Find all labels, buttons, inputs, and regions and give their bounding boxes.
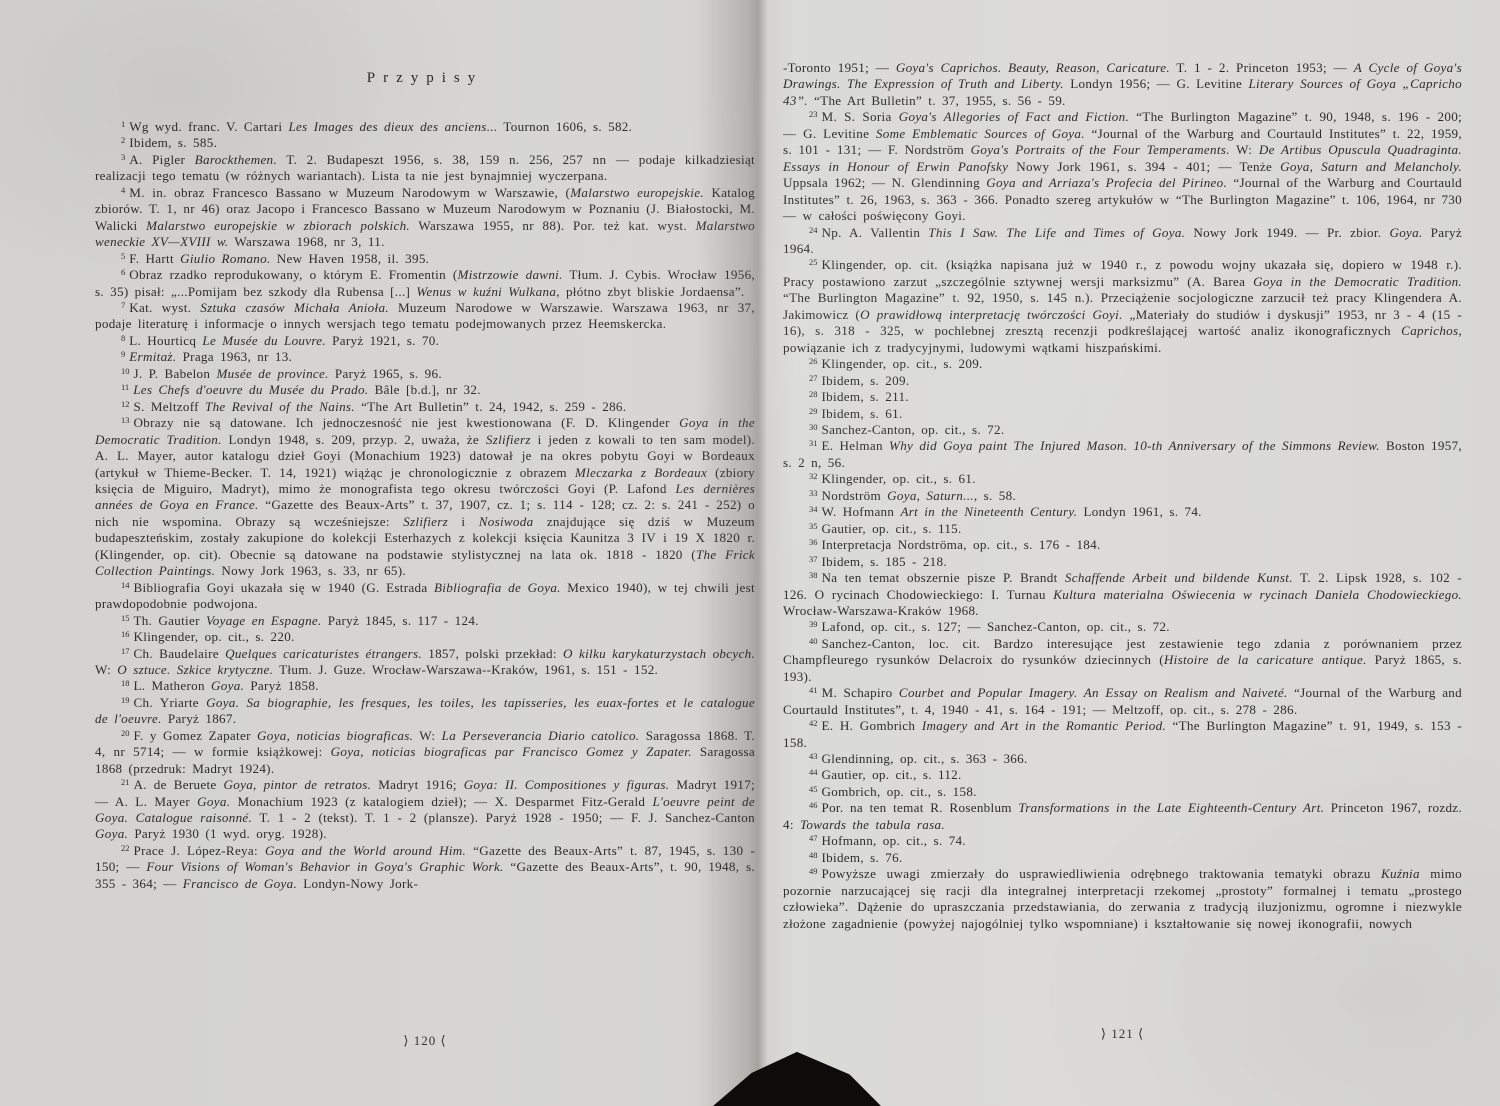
note-text: Ibidem, s. 209. <box>822 373 910 388</box>
note-text: W: <box>413 728 441 743</box>
footnote-body: Np. A. Vallentin This I Saw. The Life an… <box>783 225 1462 256</box>
cited-title: Ermitaż. <box>129 349 176 364</box>
cited-title: Caprichos <box>1401 323 1458 338</box>
cited-title: Barockthemen. <box>195 152 277 167</box>
cited-title: Goya, noticias biograficas par Francisco… <box>331 744 692 759</box>
note-text: Warszawa 1955, nr 88). Por. też kat. wys… <box>410 218 696 233</box>
footnote-body: Ibidem, s. 209. <box>822 373 910 388</box>
cited-title: Some Emblematic Sources of Goya. <box>876 126 1085 141</box>
cited-title: Wenus w kuźni Wulkana <box>416 284 556 299</box>
footnote: 10J. P. Babelon Musée de province. Paryż… <box>95 366 755 382</box>
footnote-number: 25 <box>809 257 818 267</box>
footnote: 24Np. A. Vallentin This I Saw. The Life … <box>783 225 1462 258</box>
footnote: 13Obrazy nie są datowane. Ich jednoczesn… <box>95 415 755 580</box>
footnote: 31E. Helman Why did Goya paint The Injur… <box>783 438 1462 471</box>
footnote-body: E. Helman Why did Goya paint The Injured… <box>783 438 1462 469</box>
footnote-number: 21 <box>121 777 130 787</box>
footnote-body: F. y Gomez Zapater Goya, noticias biogra… <box>95 728 755 776</box>
footnote: 6Obraz rzadko reprodukowany, o którym E.… <box>95 267 755 300</box>
footnote-number: 43 <box>809 751 818 761</box>
footnote-number: 23 <box>809 109 818 119</box>
footnote: 7Kat. wyst. Sztuka czasów Michała Anioła… <box>95 300 755 333</box>
footnote-number: 5 <box>121 251 125 261</box>
footnote-number: 18 <box>121 678 130 688</box>
footnote: 48Ibidem, s. 76. <box>783 850 1462 866</box>
footnote-body: A. de Beruete Goya, pintor de retratos. … <box>95 777 755 841</box>
footnote-number: 28 <box>809 389 818 399</box>
note-text: Ibidem, s. 76. <box>822 850 903 865</box>
footnote: 40Sanchez-Canton, loc. cit. Bardzo inter… <box>783 636 1462 685</box>
left-page: Przypisy 1Wg wyd. franc. V. Cartari Les … <box>95 70 755 892</box>
footnote-body: Lafond, op. cit., s. 127; — Sanchez-Cant… <box>822 619 1170 634</box>
note-text: Londyn-Nowy Jork- <box>297 876 418 891</box>
cited-title: Goya. <box>1389 225 1422 240</box>
footnote: 21A. de Beruete Goya, pintor de retratos… <box>95 777 755 843</box>
note-text: Gautier, op. cit., s. 115. <box>822 521 962 536</box>
note-text: Paryż 1930 (1 wyd. oryg. 1928). <box>128 826 327 841</box>
footnote: 41M. Schapiro Courbet and Popular Imager… <box>783 685 1462 718</box>
footnote-number: 37 <box>809 554 818 564</box>
cited-title: Goya and the World around Him. <box>265 843 466 858</box>
note-text: Glendinning, op. cit., s. 363 - 366. <box>822 751 1028 766</box>
footnote-body: W. Hofmann Art in the Nineteenth Century… <box>822 504 1202 519</box>
footnote-number: 6 <box>121 267 125 277</box>
footnote-number: 2 <box>121 135 125 145</box>
footnote-body: Gautier, op. cit., s. 112. <box>822 767 962 782</box>
footnote-body: Ermitaż. Praga 1963, nr 13. <box>129 349 292 364</box>
footnote: 16Klingender, op. cit., s. 220. <box>95 629 755 645</box>
note-text: Praga 1963, nr 13. <box>176 349 292 364</box>
footnote-body: E. H. Gombrich Imagery and Art in the Ro… <box>783 718 1462 749</box>
note-text: i <box>448 514 479 529</box>
footnote: 15Th. Gautier Voyage en Espagne. Paryż 1… <box>95 613 755 629</box>
footnote: 38Na ten temat obszernie pisze P. Brandt… <box>783 570 1462 619</box>
footnote: 1Wg wyd. franc. V. Cartari Les Images de… <box>95 119 755 135</box>
footnote-body: Interpretacja Nordströma, op. cit., s. 1… <box>822 537 1101 552</box>
note-text: Tournon 1606, s. 582. <box>497 119 632 134</box>
footnote: 46Por. na ten temat R. Rosenblum Transfo… <box>783 800 1462 833</box>
note-text: -Toronto 1951; — <box>783 60 896 75</box>
cited-title: Goya. <box>197 794 230 809</box>
cited-title: Goya. <box>95 826 128 841</box>
footnote: 29Ibidem, s. 61. <box>783 406 1462 422</box>
footnotes-right: 23M. S. Soria Goya's Allegories of Fact … <box>783 109 1462 932</box>
note-text: Th. Gautier <box>134 613 206 628</box>
footnote-body: Glendinning, op. cit., s. 363 - 366. <box>822 751 1028 766</box>
note-text: New Haven 1958, il. 395. <box>271 251 430 266</box>
footnote-number: 33 <box>809 488 818 498</box>
page-title: Przypisy <box>95 70 755 87</box>
note-text: Monachium 1923 (z katalogiem dzieł); — X… <box>230 794 652 809</box>
footnote: 49Powyższe uwagi zmierzały do usprawiedl… <box>783 866 1462 932</box>
cited-title: Les Images des dieux des anciens... <box>288 119 497 134</box>
note-text: A. de Beruete <box>134 777 224 792</box>
footnote: 25Klingender, op. cit. (książka napisana… <box>783 257 1462 356</box>
footnote-body: Klingender, op. cit., s. 220. <box>134 629 295 644</box>
footnote-body: Bibliografia Goyi ukazała się w 1940 (G.… <box>95 580 755 611</box>
note-text: W. Hofmann <box>822 504 901 519</box>
note-text: Obrazy nie są datowane. Ich jednoczesnoś… <box>134 415 680 430</box>
note-text: Obraz rzadko reprodukowany, o którym E. … <box>129 267 457 282</box>
note-text: Ch. Yriarte <box>134 695 207 710</box>
note-text: A. Pigler <box>129 152 194 167</box>
cited-title: This I Saw. The Life and Times of Goya. <box>928 225 1185 240</box>
note-text: Ibidem, s. 61. <box>822 406 903 421</box>
footnote-body: Ibidem, s. 211. <box>822 389 909 404</box>
note-text: M. in. obraz Francesco Bassano w Muzeum … <box>129 185 570 200</box>
footnote-number: 45 <box>809 784 818 794</box>
footnote-number: 12 <box>121 399 130 409</box>
note-text: T. 1 - 2. Princeton 1953; — <box>1170 60 1354 75</box>
cited-title: Histoire de la caricature antique. <box>1164 652 1367 667</box>
cited-title: Bibliografia de Goya. <box>434 580 561 595</box>
note-text: L. Matheron <box>134 678 212 693</box>
cited-title: Goya, Saturn and Melancholy. <box>1280 159 1462 174</box>
footnote-number: 4 <box>121 185 125 195</box>
footnote-number: 24 <box>809 225 818 235</box>
footnote: 22Prace J. López-Reya: Goya and the Worl… <box>95 843 755 892</box>
footnote: 2Ibidem, s. 585. <box>95 135 755 151</box>
footnote: 27Ibidem, s. 209. <box>783 373 1462 389</box>
note-text: M. Schapiro <box>822 685 899 700</box>
footnote-body: Ibidem, s. 76. <box>822 850 903 865</box>
cited-title: Voyage en Espagne. <box>206 613 322 628</box>
note-text: L. Hourticq <box>129 333 202 348</box>
footnote-number: 3 <box>121 152 125 162</box>
page-number-left: ⟩ 120 ⟨ <box>95 1033 755 1049</box>
cited-title: Goya in the Democratic Tradition. <box>1253 274 1462 289</box>
footnote-number: 26 <box>809 356 818 366</box>
footnote: 33Nordström Goya, Saturn..., s. 58. <box>783 488 1462 504</box>
note-text: Ch. Baudelaire <box>134 646 226 661</box>
note-text: W: <box>1230 142 1259 157</box>
note-text: Warszawa 1968, nr 3, 11. <box>228 234 384 249</box>
footnote-body: L. Hourticq Le Musée du Louvre. Paryż 19… <box>129 333 439 348</box>
footnote: 18L. Matheron Goya. Paryż 1858. <box>95 678 755 694</box>
cited-title: Goya's Portraits of the Four Temperament… <box>971 142 1230 157</box>
note-text: Madryt 1916; <box>371 777 464 792</box>
note-text: Sanchez-Canton, op. cit., s. 72. <box>822 422 1005 437</box>
footnote-number: 31 <box>809 438 818 448</box>
note-text: Paryż 1921, s. 70. <box>326 333 439 348</box>
footnote: 9Ermitaż. Praga 1963, nr 13. <box>95 349 755 365</box>
note-text: Nordström <box>822 488 888 503</box>
cited-title: Les Chefs d'oeuvre du Musée du Prado. <box>133 382 368 397</box>
footnote: 32Klingender, op. cit., s. 61. <box>783 471 1462 487</box>
cited-title: Courbet and Popular Imagery. An Essay on… <box>899 685 1288 700</box>
footnote-body: Klingender, op. cit., s. 209. <box>822 356 983 371</box>
cited-title: Malarstwo europejskie. <box>570 185 704 200</box>
note-text: Bibliografia Goyi ukazała się w 1940 (G.… <box>134 580 434 595</box>
cited-title: Transformations in the Late Eighteenth-C… <box>1018 800 1324 815</box>
cited-title: Kuźnia <box>1381 866 1420 881</box>
footnote: 26Klingender, op. cit., s. 209. <box>783 356 1462 372</box>
footnote: 45Gombrich, op. cit., s. 158. <box>783 784 1462 800</box>
footnote-body: Klingender, op. cit., s. 61. <box>822 471 976 486</box>
cited-title: O prawidłową interpretację twórczości Go… <box>860 307 1123 322</box>
footnote: 28Ibidem, s. 211. <box>783 389 1462 405</box>
cited-title: Goya and Arriaza's Profecia del Pirineo. <box>986 175 1227 190</box>
footnote: 47Hofmann, op. cit., s. 74. <box>783 833 1462 849</box>
cited-title: Goya, noticias biograficas. <box>257 728 413 743</box>
footnote-number: 36 <box>809 537 818 547</box>
note-text: Klingender, op. cit., s. 61. <box>822 471 976 486</box>
footnote-body: Gautier, op. cit., s. 115. <box>822 521 962 536</box>
note-text: Wrocław-Warszawa-Kraków 1968. <box>783 603 979 618</box>
footnote: 14Bibliografia Goyi ukazała się w 1940 (… <box>95 580 755 613</box>
footnote-number: 11 <box>121 382 129 392</box>
footnote-body: Obraz rzadko reprodukowany, o którym E. … <box>95 267 755 298</box>
footnote-body: Kat. wyst. Sztuka czasów Michała Anioła.… <box>95 300 755 331</box>
footnote: 34W. Hofmann Art in the Nineteenth Centu… <box>783 504 1462 520</box>
footnote-number: 13 <box>121 415 130 425</box>
footnote-body: Sanchez-Canton, loc. cit. Bardzo interes… <box>783 636 1462 684</box>
cited-title: La Perseverancia Diario catolico. <box>442 728 640 743</box>
note-text: E. Helman <box>822 438 889 453</box>
footnote: 8L. Hourticq Le Musée du Louvre. Paryż 1… <box>95 333 755 349</box>
footnote-number: 27 <box>809 373 818 383</box>
footnote: 42E. H. Gombrich Imagery and Art in the … <box>783 718 1462 751</box>
footnote-number: 14 <box>121 580 130 590</box>
note-text: Nowy Jork 1963, s. 33, nr 65). <box>215 563 406 578</box>
note-text: Paryż 1867. <box>162 711 237 726</box>
footnote: 11Les Chefs d'oeuvre du Musée du Prado. … <box>95 382 755 398</box>
note-text: F. Hartt <box>129 251 180 266</box>
cited-title: Le Musée du Louvre. <box>202 333 326 348</box>
footnote: 20F. y Gomez Zapater Goya, noticias biog… <box>95 728 755 777</box>
note-text: F. y Gomez Zapater <box>134 728 258 743</box>
note-text: Paryż 1845, s. 117 - 124. <box>322 613 479 628</box>
footnote-number: 44 <box>809 767 818 777</box>
note-text: Np. A. Vallentin <box>822 225 929 240</box>
cited-title: Szlifierz <box>403 514 448 529</box>
note-text: “The Art Bulletin” t. 24, 1942, s. 259 -… <box>355 399 626 414</box>
note-text: T. 1 - 2 (tekst). T. 1 - 2 (plansze). Pa… <box>252 810 755 825</box>
note-text: Kat. wyst. <box>129 300 200 315</box>
note-text: “The Art Bulletin” t. 37, 1955, s. 56 - … <box>808 93 1066 108</box>
footnote-body: Ch. Yriarte Goya. Sa biographie, les fre… <box>95 695 755 726</box>
cited-title: Musée de province. <box>216 366 328 381</box>
note-text: M. S. Soria <box>822 109 899 124</box>
note-text: Ibidem, s. 211. <box>822 389 909 404</box>
footnote: 5F. Hartt Giulio Romano. New Haven 1958,… <box>95 251 755 267</box>
footnote-number: 17 <box>121 646 130 656</box>
footnote-number: 46 <box>809 800 818 810</box>
footnote-body: Por. na ten temat R. Rosenblum Transform… <box>783 800 1462 831</box>
footnote-body: S. Meltzoff The Revival of the Nains. “T… <box>134 399 627 414</box>
footnote-body: Ibidem, s. 185 - 218. <box>822 554 947 569</box>
note-text: Londyn 1948, s. 209, przyp. 2, uważa, że <box>222 432 486 447</box>
note-text: E. H. Gombrich <box>822 718 922 733</box>
cited-title: Goya. <box>211 678 244 693</box>
footnote-body: Powyższe uwagi zmierzały do usprawiedliw… <box>783 866 1462 930</box>
footnote-body: -Toronto 1951; — Goya's Caprichos. Beaut… <box>783 60 1462 108</box>
cited-title: Four Visions of Woman's Behavior in Goya… <box>146 859 503 874</box>
note-text: Uppsala 1962; — N. Glendinning <box>783 175 986 190</box>
note-text: Londyn 1956; — G. Levitine <box>1064 76 1249 91</box>
footnotes-left: 1Wg wyd. franc. V. Cartari Les Images de… <box>95 119 755 892</box>
footnote: 19Ch. Yriarte Goya. Sa biographie, les f… <box>95 695 755 728</box>
footnote: 39Lafond, op. cit., s. 127; — Sanchez-Ca… <box>783 619 1462 635</box>
footnote-number: 16 <box>121 629 130 639</box>
footnote-number: 9 <box>121 349 125 359</box>
footnote: 12S. Meltzoff The Revival of the Nains. … <box>95 399 755 415</box>
note-text: Paryż 1965, s. 96. <box>329 366 442 381</box>
note-text: 1857, polski przekład: <box>422 646 563 661</box>
footnote-number: 32 <box>809 471 818 481</box>
note-text: W: <box>95 662 117 677</box>
footnote-number: 7 <box>121 300 125 310</box>
footnote-body: M. in. obraz Francesco Bassano w Muzeum … <box>95 185 755 249</box>
cited-title: Goya: II. Compositiones y figuras. <box>464 777 670 792</box>
footnote: 23M. S. Soria Goya's Allegories of Fact … <box>783 109 1462 224</box>
note-text: Klingender, op. cit., s. 220. <box>134 629 295 644</box>
footnote-body: Klingender, op. cit. (książka napisana j… <box>783 257 1462 354</box>
note-text: Nowy Jork 1961, s. 394 - 401; — Tenże <box>1008 159 1280 174</box>
footnote-number: 15 <box>121 613 130 623</box>
footnote-body: Ibidem, s. 585. <box>129 135 217 150</box>
note-text: Wg wyd. franc. V. Cartari <box>129 119 288 134</box>
cited-title: Mistrzowie dawni. <box>458 267 563 282</box>
footnote-number: 20 <box>121 728 130 738</box>
note-text: Prace J. López-Reya: <box>134 843 265 858</box>
note-text: , płótno zbyt bliskie Jordaensa”. <box>556 284 744 299</box>
note-text: Klingender, op. cit., s. 209. <box>822 356 983 371</box>
note-text: Hofmann, op. cit., s. 74. <box>822 833 966 848</box>
cited-title: Kultura materialna Oświecenia w rycinach… <box>1053 587 1462 602</box>
footnote-body: Gombrich, op. cit., s. 158. <box>822 784 977 799</box>
footnote-number: 48 <box>809 850 818 860</box>
footnote-body: Th. Gautier Voyage en Espagne. Paryż 184… <box>134 613 479 628</box>
footnote-body: M. Schapiro Courbet and Popular Imagery.… <box>783 685 1462 716</box>
note-text: Gombrich, op. cit., s. 158. <box>822 784 977 799</box>
note-text: Londyn 1961, s. 74. <box>1077 504 1201 519</box>
footnote-body: Hofmann, op. cit., s. 74. <box>822 833 966 848</box>
cited-title: Art in the Nineteenth Century. <box>900 504 1077 519</box>
cited-title: O sztuce. Szkice krytyczne. <box>117 662 273 677</box>
cited-title: O kilku karykaturzystach obcych. <box>563 646 755 661</box>
cited-title: Francisco de Goya. <box>183 876 297 891</box>
cited-title: Schaffende Arbeit und bildende Kunst. <box>1065 570 1293 585</box>
footnote-number: 34 <box>809 504 818 514</box>
cited-title: Mleczarka z Bordeaux <box>575 465 707 480</box>
footnote-body: Les Chefs d'oeuvre du Musée du Prado. Bâ… <box>133 382 481 397</box>
note-text: S. Meltzoff <box>134 399 205 414</box>
note-text: Interpretacja Nordströma, op. cit., s. 1… <box>822 537 1101 552</box>
footnote-body: J. P. Babelon Musée de province. Paryż 1… <box>134 366 442 381</box>
note-text: J. P. Babelon <box>134 366 217 381</box>
cited-title: Towards the tabula rasa. <box>800 817 945 832</box>
note-text: Powyższe uwagi zmierzały do usprawiedliw… <box>822 866 1381 881</box>
note-text: Paryż 1858. <box>244 678 319 693</box>
footnote-body: Nordström Goya, Saturn..., s. 58. <box>822 488 1017 503</box>
footnote-number: 19 <box>121 695 130 705</box>
cited-title: Goya, Saturn... <box>887 488 974 503</box>
footnote: 17Ch. Baudelaire Quelques caricaturistes… <box>95 646 755 679</box>
footnote-number: 1 <box>121 119 125 129</box>
footnote: 43Glendinning, op. cit., s. 363 - 366. <box>783 751 1462 767</box>
note-text: , s. 58. <box>974 488 1016 503</box>
cited-title: Nosiwoda <box>479 514 534 529</box>
note-text: Tłum. J. Guze. Wrocław-Warszawa--Kraków,… <box>273 662 658 677</box>
footnote-number: 29 <box>809 406 818 416</box>
note-text: Por. na ten temat R. Rosenblum <box>822 800 1019 815</box>
footnote: 30Sanchez-Canton, op. cit., s. 72. <box>783 422 1462 438</box>
footnote: 3A. Pigler Barockthemen. T. 2. Budapeszt… <box>95 152 755 185</box>
cited-title: Goya's Caprichos. Beauty, Reason, Carica… <box>896 60 1170 75</box>
cited-title: Szlifierz <box>486 432 531 447</box>
footnote-number: 47 <box>809 833 818 843</box>
book-spine-gap <box>706 1040 881 1106</box>
footnote-body: Na ten temat obszernie pisze P. Brandt S… <box>783 570 1462 618</box>
cited-title: Malarstwo europejskie w zbiorach polskic… <box>146 218 410 233</box>
cited-title: Goya's Allegories of Fact and Fiction. <box>899 109 1129 124</box>
cited-title: Quelques caricaturistes étrangers. <box>225 646 422 661</box>
footnote-number: 8 <box>121 333 125 343</box>
footnote: 37Ibidem, s. 185 - 218. <box>783 554 1462 570</box>
footnote: 44Gautier, op. cit., s. 112. <box>783 767 1462 783</box>
note-text: Nowy Jork 1949. — Pr. zbior. <box>1185 225 1389 240</box>
cited-title: Sztuka czasów Michała Anioła. <box>200 300 389 315</box>
cited-title: Why did Goya paint The Injured Mason. 10… <box>889 438 1380 453</box>
footnote-body: Sanchez-Canton, op. cit., s. 72. <box>822 422 1005 437</box>
footnote-number: 22 <box>121 843 130 853</box>
page-number-right: ⟩ 121 ⟨ <box>783 1026 1462 1042</box>
footnote-body: Wg wyd. franc. V. Cartari Les Images des… <box>129 119 632 134</box>
footnote-number: 38 <box>809 570 818 580</box>
cited-title: Imagery and Art in the Romantic Period. <box>922 718 1166 733</box>
footnote-body: A. Pigler Barockthemen. T. 2. Budapeszt … <box>95 152 755 183</box>
footnote-body: Prace J. López-Reya: Goya and the World … <box>95 843 755 891</box>
footnote-body: Ibidem, s. 61. <box>822 406 903 421</box>
note-text: Lafond, op. cit., s. 127; — Sanchez-Cant… <box>822 619 1170 634</box>
cited-title: Giulio Romano. <box>180 251 270 266</box>
footnote-number: 49 <box>809 866 818 876</box>
footnote-body: F. Hartt Giulio Romano. New Haven 1958, … <box>129 251 429 266</box>
footnote: 36Interpretacja Nordströma, op. cit., s.… <box>783 537 1462 553</box>
right-page: -Toronto 1951; — Goya's Caprichos. Beaut… <box>783 60 1462 932</box>
footnote-body: Ch. Baudelaire Quelques caricaturistes é… <box>95 646 755 677</box>
footnote-number: 10 <box>121 366 130 376</box>
footnote: 35Gautier, op. cit., s. 115. <box>783 521 1462 537</box>
footnote-number: 35 <box>809 521 818 531</box>
note-text: Ibidem, s. 585. <box>129 135 217 150</box>
footnote-number: 40 <box>809 636 818 646</box>
footnote-number: 42 <box>809 718 818 728</box>
cited-title: The Revival of the Nains. <box>205 399 355 414</box>
cited-title: Goya, pintor de retratos. <box>223 777 371 792</box>
footnote-body: Obrazy nie są datowane. Ich jednoczesnoś… <box>95 415 755 578</box>
note-text: Bâle [b.d.], nr 32. <box>368 382 480 397</box>
note-text: Gautier, op. cit., s. 112. <box>822 767 962 782</box>
note-text: Ibidem, s. 185 - 218. <box>822 554 947 569</box>
footnote: 4M. in. obraz Francesco Bassano w Muzeum… <box>95 185 755 251</box>
footnote-body: M. S. Soria Goya's Allegories of Fact an… <box>783 109 1462 223</box>
footnote-body: L. Matheron Goya. Paryż 1858. <box>134 678 319 693</box>
note-text: Na ten temat obszernie pisze P. Brandt <box>822 570 1065 585</box>
footnote-number: 41 <box>809 685 818 695</box>
footnote-number: 39 <box>809 619 818 629</box>
footnote-number: 30 <box>809 422 818 432</box>
continued-footnote: -Toronto 1951; — Goya's Caprichos. Beaut… <box>783 60 1462 109</box>
